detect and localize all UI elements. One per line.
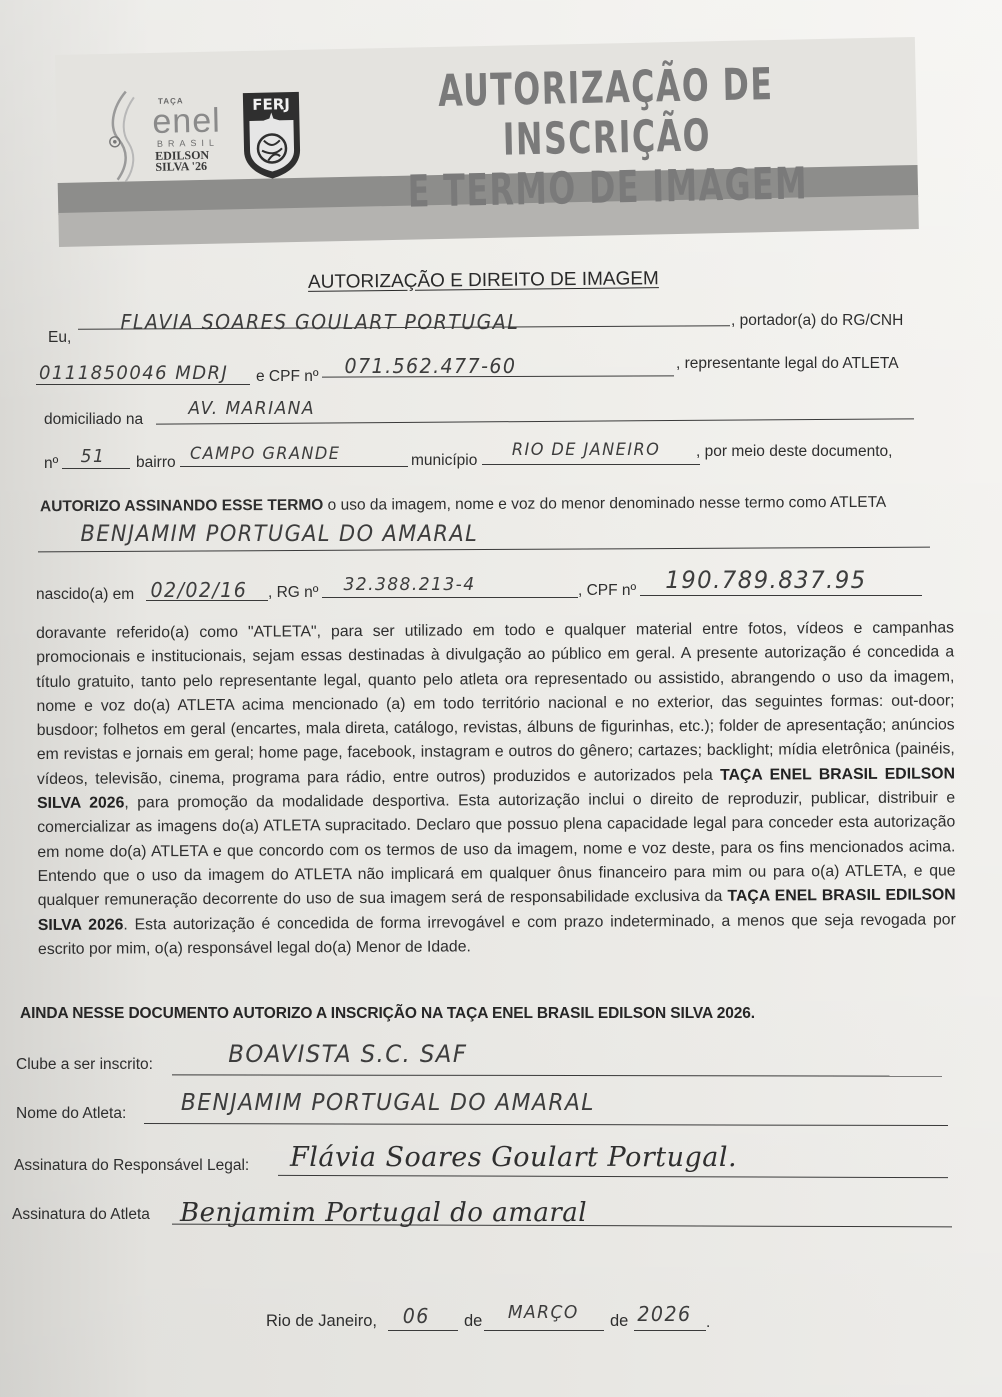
city-value: RIO DE JANEIRO (512, 440, 660, 460)
rg-field[interactable] (36, 384, 250, 385)
authorize-statement: AUTORIZO ASSINANDO ESSE TERMO o uso da i… (40, 494, 886, 516)
club-field[interactable] (172, 1074, 942, 1076)
authorize-rest: o uso da imagem, nome e voz do menor den… (323, 494, 886, 514)
district-label: bairro (136, 454, 176, 472)
date-period: . (706, 1314, 710, 1332)
cpf-value: 071.562.477-60 (345, 354, 517, 378)
club-value: BOAVISTA S.C. SAF (228, 1040, 467, 1068)
legal-rep-label: , representante legal do ATLETA (676, 355, 899, 373)
district-value: CAMPO GRANDE (190, 444, 340, 464)
cpf-label: e CPF nº (256, 368, 319, 386)
date-year-field[interactable] (634, 1330, 706, 1331)
number-field[interactable] (62, 468, 130, 469)
date-month-field[interactable] (484, 1330, 604, 1331)
date-month-value: MARÇO (508, 1302, 579, 1323)
rg-value: 0111850046 MDRJ (39, 362, 228, 384)
athlete-cpf-field[interactable] (640, 595, 922, 596)
date-city: Rio de Janeiro, (266, 1312, 377, 1331)
registration-athlete-value: BENJAMIM PORTUGAL DO AMARAL (181, 1090, 595, 1116)
athlete-rg-value: 32.388.213-4 (343, 574, 475, 595)
registration-heading: AINDA NESSE DOCUMENTO AUTORIZO A INSCRIÇ… (20, 1005, 755, 1023)
date-de-2: de (610, 1312, 628, 1331)
section-title: AUTORIZAÇÃO E DIREITO DE IMAGEM (308, 268, 659, 294)
date-day-value: 06 (403, 1304, 430, 1328)
authorize-bold: AUTORIZO ASSINANDO ESSE TERMO (40, 497, 323, 515)
document-body: AUTORIZAÇÃO E DIREITO DE IMAGEM Eu, FLAV… (0, 0, 1002, 1397)
address-field[interactable] (156, 418, 914, 424)
number-label: nº (44, 455, 58, 473)
address-value: AV. MARIANA (188, 398, 315, 419)
birth-date-value: 02/02/16 (151, 578, 248, 602)
athlete-signature: Benjamim Portugal do amaral (180, 1198, 587, 1228)
responsible-signature-label: Assinatura do Responsável Legal: (14, 1157, 249, 1175)
athlete-cpf-value: 190.789.837.95 (665, 566, 866, 594)
responsible-signature-field[interactable] (278, 1175, 948, 1178)
date-de-1: de (464, 1312, 482, 1331)
athlete-name-field[interactable] (38, 547, 930, 553)
rg-cnh-label: , portador(a) do RG/CNH (731, 312, 903, 330)
athlete-rg-label: , RG nº (268, 584, 318, 602)
athlete-cpf-label: , CPF nº (578, 582, 636, 600)
city-field[interactable] (482, 464, 700, 465)
club-label: Clube a ser inscrito: (16, 1056, 153, 1074)
responsible-name-value: FLAVIA SOARES GOULART PORTUGAL (120, 310, 519, 334)
athlete-name-value: BENJAMIM PORTUGAL DO AMARAL (80, 522, 478, 547)
number-value: 51 (81, 446, 106, 467)
city-label: município (411, 452, 477, 470)
birth-label: nascido(a) em (36, 586, 134, 604)
registration-athlete-field[interactable] (144, 1123, 948, 1126)
date-year-value: 2026 (637, 1302, 691, 1326)
athlete-label: Nome do Atleta: (16, 1105, 126, 1123)
eu-label: Eu, (48, 329, 71, 347)
paragraph-part1: doravante referido(a) como "ATLETA", par… (36, 619, 955, 787)
city-suffix: , por meio deste documento, (696, 443, 892, 461)
paragraph-part3: . Esta autorização é concedida de forma … (38, 911, 956, 958)
address-label: domiciliado na (44, 411, 143, 429)
athlete-rg-field[interactable] (322, 597, 578, 598)
responsible-signature: Flávia Soares Goulart Portugal. (290, 1142, 737, 1173)
district-field[interactable] (180, 466, 408, 467)
authorization-paragraph: doravante referido(a) como "ATLETA", par… (36, 616, 956, 962)
athlete-signature-label: Assinatura do Atleta (12, 1206, 150, 1224)
date-day-field[interactable] (388, 1330, 458, 1331)
